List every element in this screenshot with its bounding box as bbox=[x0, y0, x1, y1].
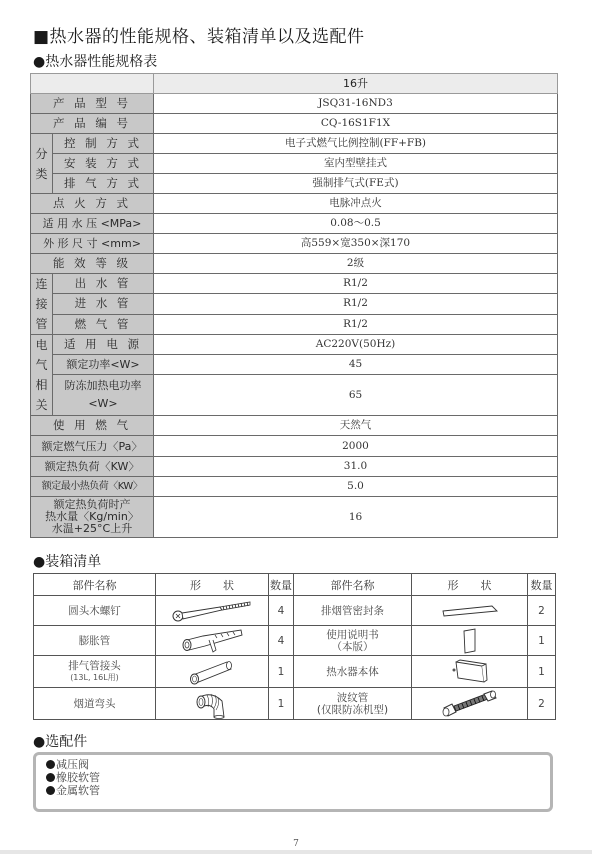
table-row: 额定最小热负荷〈KW〉 5.0 bbox=[31, 477, 558, 497]
spec-label-model: 产 品 型 号 bbox=[31, 94, 154, 114]
part-qty: 1 bbox=[528, 656, 556, 688]
spec-value-min-heat-load: 5.0 bbox=[154, 477, 558, 497]
table-row: 防冻加热电功率<W> 65 bbox=[31, 375, 558, 416]
group-char: 分 bbox=[35, 147, 47, 161]
spec-header-row: 16升 bbox=[31, 74, 558, 94]
part-qty: 1 bbox=[269, 688, 294, 720]
accessory-label: 橡胶软管 bbox=[56, 771, 100, 784]
group-char: 管 bbox=[35, 317, 47, 331]
table-row: 外 形 尺 寸 <mm> 高559×宽350×深170 bbox=[31, 234, 558, 254]
screw-icon bbox=[170, 600, 254, 622]
spec-label-heat-load: 额定热负荷〈KW〉 bbox=[31, 457, 154, 477]
group-char: 关 bbox=[35, 398, 47, 412]
accessories-box: 减压阀 橡胶软管 金属软管 bbox=[33, 752, 553, 812]
spec-value-hot-water-output: 16 bbox=[154, 497, 558, 538]
spec-group-category: 分类 bbox=[31, 134, 53, 194]
spec-label-gas-pressure: 额定燃气压力〈Pa〉 bbox=[31, 436, 154, 457]
spec-label-water-out: 出 水 管 bbox=[53, 274, 154, 294]
spec-label-control: 控 制 方 式 bbox=[53, 134, 154, 154]
spec-value-install: 室内型壁挂式 bbox=[154, 154, 558, 174]
bullet-icon bbox=[46, 786, 55, 795]
table-row: 产 品 编 号 CQ-16S1F1X bbox=[31, 114, 558, 134]
bullet-icon bbox=[46, 760, 55, 769]
spec-label-install: 安 装 方 式 bbox=[53, 154, 154, 174]
spec-value-dimensions: 高559×宽350×深170 bbox=[154, 234, 558, 254]
group-char: 电 bbox=[35, 338, 47, 352]
spec-header-blank bbox=[31, 74, 154, 94]
spec-label-power-supply: 适 用 电 源 bbox=[53, 335, 154, 355]
spec-group-electric: 电气相关 bbox=[31, 335, 53, 416]
table-row: 连接管 出 水 管 R1/2 bbox=[31, 274, 558, 294]
table-row: 燃 气 管 R1/2 bbox=[31, 314, 558, 334]
spec-value-ignition: 电脉冲点火 bbox=[154, 194, 558, 214]
table-row: 额定燃气压力〈Pa〉 2000 bbox=[31, 436, 558, 457]
table-row: 额定功率<W> 45 bbox=[31, 355, 558, 375]
part-qty: 4 bbox=[269, 626, 294, 656]
part-name: 排气管接头 (13L, 16L用) bbox=[34, 656, 156, 688]
list-item: 减压阀 bbox=[46, 758, 550, 771]
spec-value-gas-pipe: R1/2 bbox=[154, 314, 558, 334]
table-row: 适 用 水 压 <MPa> 0.08～0.5 bbox=[31, 214, 558, 234]
spec-value-rated-power: 45 bbox=[154, 355, 558, 375]
spec-value-exhaust: 强制排气式(FE式) bbox=[154, 174, 558, 194]
header-qty: 数量 bbox=[528, 574, 556, 596]
spec-label-dimensions: 外 形 尺 寸 <mm> bbox=[31, 234, 154, 254]
spec-value-antifreeze-power: 65 bbox=[154, 375, 558, 416]
table-row: 烟道弯头 1 波纹管 (仅限防冻机型) 2 bbox=[34, 688, 556, 720]
part-name: 波纹管 (仅限防冻机型) bbox=[294, 688, 412, 720]
spec-value-efficiency: 2级 bbox=[154, 254, 558, 274]
elbow-duct-icon bbox=[192, 689, 232, 719]
table-row: 点 火 方 式 电脉冲点火 bbox=[31, 194, 558, 214]
table-row: 分类 控 制 方 式 电子式燃气比例控制(FF+FB) bbox=[31, 134, 558, 154]
spec-table: 16升 产 品 型 号 JSQ31-16ND3 产 品 编 号 CQ-16S1F… bbox=[30, 73, 558, 538]
spec-value-gas-pressure: 2000 bbox=[154, 436, 558, 457]
spec-section-heading: ●热水器性能规格表 bbox=[33, 51, 157, 71]
part-name: 排烟管密封条 bbox=[294, 596, 412, 626]
table-row: 排 气 方 式 强制排气式(FE式) bbox=[31, 174, 558, 194]
part-name: 热水器本体 bbox=[294, 656, 412, 688]
accessory-label: 减压阀 bbox=[56, 758, 89, 771]
part-qty: 1 bbox=[528, 626, 556, 656]
part-name: 烟道弯头 bbox=[34, 688, 156, 720]
group-char: 接 bbox=[35, 297, 47, 311]
accessories-section-heading: ●选配件 bbox=[33, 731, 87, 751]
table-row: 额定热负荷时产 热水量〈Kg/min〉 水温+25°C上升 16 bbox=[31, 497, 558, 538]
part-name: 使用说明书 （本版） bbox=[294, 626, 412, 656]
spec-header-value: 16升 bbox=[154, 74, 558, 94]
list-item: 金属软管 bbox=[46, 784, 550, 797]
packing-header-row: 部件名称 形 状 数量 部件名称 形 状 数量 bbox=[34, 574, 556, 596]
spec-label-water-pressure: 适 用 水 压 <MPa> bbox=[31, 214, 154, 234]
spec-value-gas-type: 天然气 bbox=[154, 416, 558, 436]
table-row: 安 装 方 式 室内型壁挂式 bbox=[31, 154, 558, 174]
spec-label-gas-type: 使 用 燃 气 bbox=[31, 416, 154, 436]
part-name-line: (仅限防冻机型) bbox=[317, 704, 388, 716]
label-line: 水温+25°C上升 bbox=[52, 522, 132, 535]
spec-label-gas-pipe: 燃 气 管 bbox=[53, 314, 154, 334]
spec-label-efficiency: 能 效 等 级 bbox=[31, 254, 154, 274]
spec-value-water-pressure: 0.08～0.5 bbox=[154, 214, 558, 234]
manual-icon bbox=[460, 627, 480, 655]
part-name-line: （本版） bbox=[332, 641, 374, 653]
part-name-note: (13L, 16L用) bbox=[34, 672, 155, 684]
header-part-name: 部件名称 bbox=[294, 574, 412, 596]
table-row: 产 品 型 号 JSQ31-16ND3 bbox=[31, 94, 558, 114]
table-row: 膨胀管 4 使用说明书 （本版） 1 bbox=[34, 626, 556, 656]
table-row: 排气管接头 (13L, 16L用) 1 热水器本体 1 bbox=[34, 656, 556, 688]
group-char: 相 bbox=[35, 378, 47, 392]
table-row: 使 用 燃 气 天然气 bbox=[31, 416, 558, 436]
spec-value-code: CQ-16S1F1X bbox=[154, 114, 558, 134]
part-qty: 1 bbox=[269, 656, 294, 688]
group-char: 连 bbox=[35, 277, 47, 291]
bullet-icon bbox=[46, 773, 55, 782]
group-char: 气 bbox=[35, 358, 47, 372]
header-shape: 形 状 bbox=[412, 574, 528, 596]
part-qty: 4 bbox=[269, 596, 294, 626]
spec-value-control: 电子式燃气比例控制(FF+FB) bbox=[154, 134, 558, 154]
spec-value-water-in: R1/2 bbox=[154, 294, 558, 314]
footer-bar bbox=[0, 850, 592, 854]
part-name: 膨胀管 bbox=[34, 626, 156, 656]
part-name-line: 排气管接头 bbox=[68, 660, 121, 672]
header-part-name: 部件名称 bbox=[34, 574, 156, 596]
page-title: ■热水器的性能规格、装箱清单以及选配件 bbox=[33, 22, 365, 47]
accessory-label: 金属软管 bbox=[56, 784, 100, 797]
corrugated-hose-icon bbox=[440, 690, 500, 718]
spec-label-code: 产 品 编 号 bbox=[31, 114, 154, 134]
part-name-line: 使用说明书 bbox=[326, 629, 379, 641]
spec-label-rated-power: 额定功率<W> bbox=[53, 355, 154, 375]
pipe-joint-icon bbox=[187, 659, 237, 685]
packing-section-heading: ●装箱清单 bbox=[33, 551, 101, 571]
table-row: 进 水 管 R1/2 bbox=[31, 294, 558, 314]
accessories-list: 减压阀 橡胶软管 金属软管 bbox=[36, 755, 550, 797]
spec-label-exhaust: 排 气 方 式 bbox=[53, 174, 154, 194]
spec-label-antifreeze-power: 防冻加热电功率<W> bbox=[53, 375, 154, 416]
spec-group-connection: 连接管 bbox=[31, 274, 53, 335]
group-char: 类 bbox=[35, 167, 47, 181]
table-row: 圆头木螺钉 4 排烟管密封条 2 bbox=[34, 596, 556, 626]
spec-label-ignition: 点 火 方 式 bbox=[31, 194, 154, 214]
part-qty: 2 bbox=[528, 688, 556, 720]
list-item: 橡胶软管 bbox=[46, 771, 550, 784]
part-qty: 2 bbox=[528, 596, 556, 626]
table-row: 电气相关 适 用 电 源 AC220V(50Hz) bbox=[31, 335, 558, 355]
header-shape: 形 状 bbox=[156, 574, 269, 596]
spec-label-water-in: 进 水 管 bbox=[53, 294, 154, 314]
anchor-plug-icon bbox=[179, 628, 245, 654]
packing-table: 部件名称 形 状 数量 部件名称 形 状 数量 圆头木螺钉 4 排烟管密封条 2… bbox=[33, 573, 556, 720]
spec-value-water-out: R1/2 bbox=[154, 274, 558, 294]
spec-label-hot-water-output: 额定热负荷时产 热水量〈Kg/min〉 水温+25°C上升 bbox=[31, 497, 154, 538]
spec-value-heat-load: 31.0 bbox=[154, 457, 558, 477]
page-number: 7 bbox=[0, 839, 592, 849]
spec-value-power-supply: AC220V(50Hz) bbox=[154, 335, 558, 355]
heater-unit-icon bbox=[450, 658, 490, 686]
part-name: 圆头木螺钉 bbox=[34, 596, 156, 626]
table-row: 能 效 等 级 2级 bbox=[31, 254, 558, 274]
part-name-line: 波纹管 bbox=[337, 692, 369, 704]
header-qty: 数量 bbox=[269, 574, 294, 596]
seal-strip-icon bbox=[440, 604, 500, 618]
spec-label-min-heat-load: 额定最小热负荷〈KW〉 bbox=[31, 477, 154, 497]
spec-value-model: JSQ31-16ND3 bbox=[154, 94, 558, 114]
table-row: 额定热负荷〈KW〉 31.0 bbox=[31, 457, 558, 477]
